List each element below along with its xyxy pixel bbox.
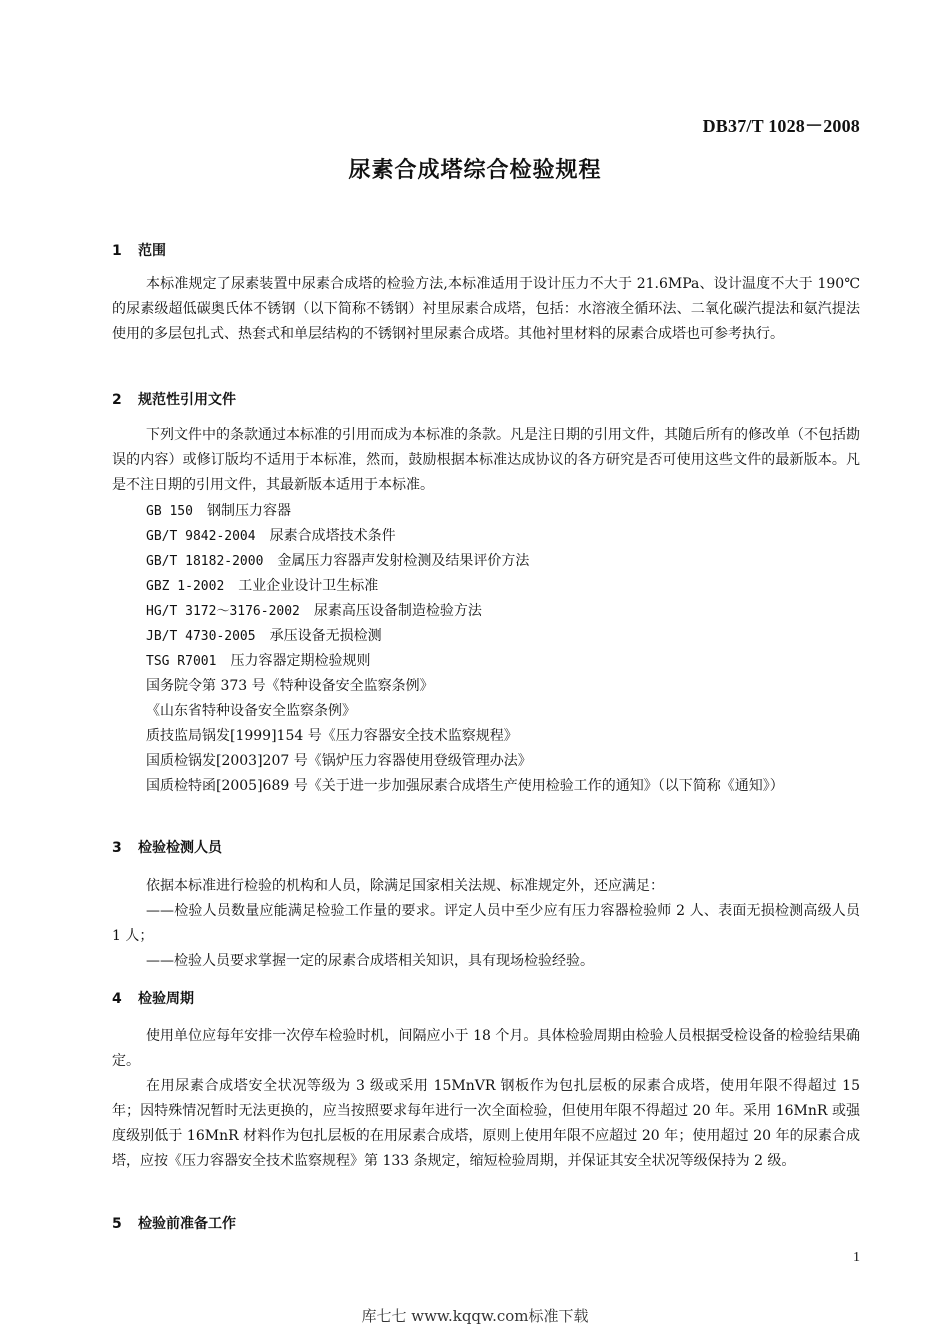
regulation-item: 《山东省特种设备安全监察条例》 [146, 699, 356, 724]
section-title: 范围 [138, 243, 166, 259]
regulation-item: 国质检特函[2005]689 号《关于进一步加强尿素合成塔生产使用检验工作的通知… [112, 774, 860, 799]
section-heading-3: 3检验检测人员 [112, 839, 222, 857]
reference-name: 工业企业设计卫生标准 [238, 578, 378, 594]
paragraph: 本标准规定了尿素装置中尿素合成塔的检验方法,本标准适用于设计压力不大于 21.6… [112, 272, 860, 347]
reference-code: TSG R7001 [146, 654, 216, 669]
reference-item: GB 150钢制压力容器 [146, 499, 291, 524]
list-item: ——检验人员要求掌握一定的尿素合成塔相关知识，具有现场检验经验。 [112, 949, 860, 974]
section-heading-2: 2规范性引用文件 [112, 391, 236, 409]
reference-name: 金属压力容器声发射检测及结果评价方法 [277, 553, 529, 569]
paragraph: 依据本标准进行检验的机构和人员，除满足国家相关法规、标准规定外，还应满足： [112, 874, 860, 899]
section-number: 4 [112, 990, 138, 1008]
paragraph: 在用尿素合成塔安全状况等级为 3 级或采用 15MnVR 钢板作为包扎层板的尿素… [112, 1074, 860, 1174]
page-number: 1 [853, 1250, 860, 1266]
section-heading-4: 4检验周期 [112, 990, 194, 1008]
section-title: 检验前准备工作 [138, 1216, 236, 1232]
standard-code: DB37/T 1028－2008 [703, 112, 860, 138]
section-number: 2 [112, 391, 138, 409]
reference-code: GB 150 [146, 504, 193, 519]
reference-item: TSG R7001压力容器定期检验规则 [146, 649, 370, 674]
reference-code: HG/T 3172～3176-2002 [146, 604, 300, 619]
footer-watermark: 库七七 www.kqqw.com标准下载 [0, 1305, 950, 1326]
section-number: 5 [112, 1215, 138, 1233]
regulation-item: 国质检锅发[2003]207 号《锅炉压力容器使用登级管理办法》 [146, 749, 532, 774]
section-heading-1: 1范围 [112, 242, 166, 260]
paragraph: 下列文件中的条款通过本标准的引用而成为本标准的条款。凡是注日期的引用文件，其随后… [112, 423, 860, 498]
reference-item: GB/T 18182-2000金属压力容器声发射检测及结果评价方法 [146, 549, 529, 574]
section-title: 规范性引用文件 [138, 392, 236, 408]
reference-name: 压力容器定期检验规则 [230, 653, 370, 669]
reference-item: GBZ 1-2002工业企业设计卫生标准 [146, 574, 378, 599]
reference-name: 尿素合成塔技术条件 [270, 528, 396, 544]
section-title: 检验检测人员 [138, 840, 222, 856]
reference-item: JB/T 4730-2005承压设备无损检测 [146, 624, 382, 649]
regulation-item: 质技监局锅发[1999]154 号《压力容器安全技术监察规程》 [146, 724, 518, 749]
regulation-item: 国务院令第 373 号《特种设备安全监察条例》 [146, 674, 434, 699]
section-number: 1 [112, 242, 138, 260]
list-item: ——检验人员数量应能满足检验工作量的要求。评定人员中至少应有压力容器检验师 2 … [112, 899, 860, 949]
reference-item: HG/T 3172～3176-2002尿素高压设备制造检验方法 [146, 599, 482, 624]
reference-code: JB/T 4730-2005 [146, 629, 256, 644]
document-title: 尿素合成塔综合检验规程 [0, 153, 950, 184]
paragraph: 使用单位应每年安排一次停车检验时机，间隔应小于 18 个月。具体检验周期由检验人… [112, 1024, 860, 1074]
reference-item: GB/T 9842-2004尿素合成塔技术条件 [146, 524, 396, 549]
reference-name: 尿素高压设备制造检验方法 [314, 603, 482, 619]
reference-name: 承压设备无损检测 [270, 628, 382, 644]
reference-code: GB/T 9842-2004 [146, 529, 256, 544]
section-title: 检验周期 [138, 991, 194, 1007]
reference-code: GB/T 18182-2000 [146, 554, 263, 569]
reference-code: GBZ 1-2002 [146, 579, 224, 594]
section-heading-5: 5检验前准备工作 [112, 1215, 236, 1233]
reference-name: 钢制压力容器 [207, 503, 291, 519]
section-number: 3 [112, 839, 138, 857]
